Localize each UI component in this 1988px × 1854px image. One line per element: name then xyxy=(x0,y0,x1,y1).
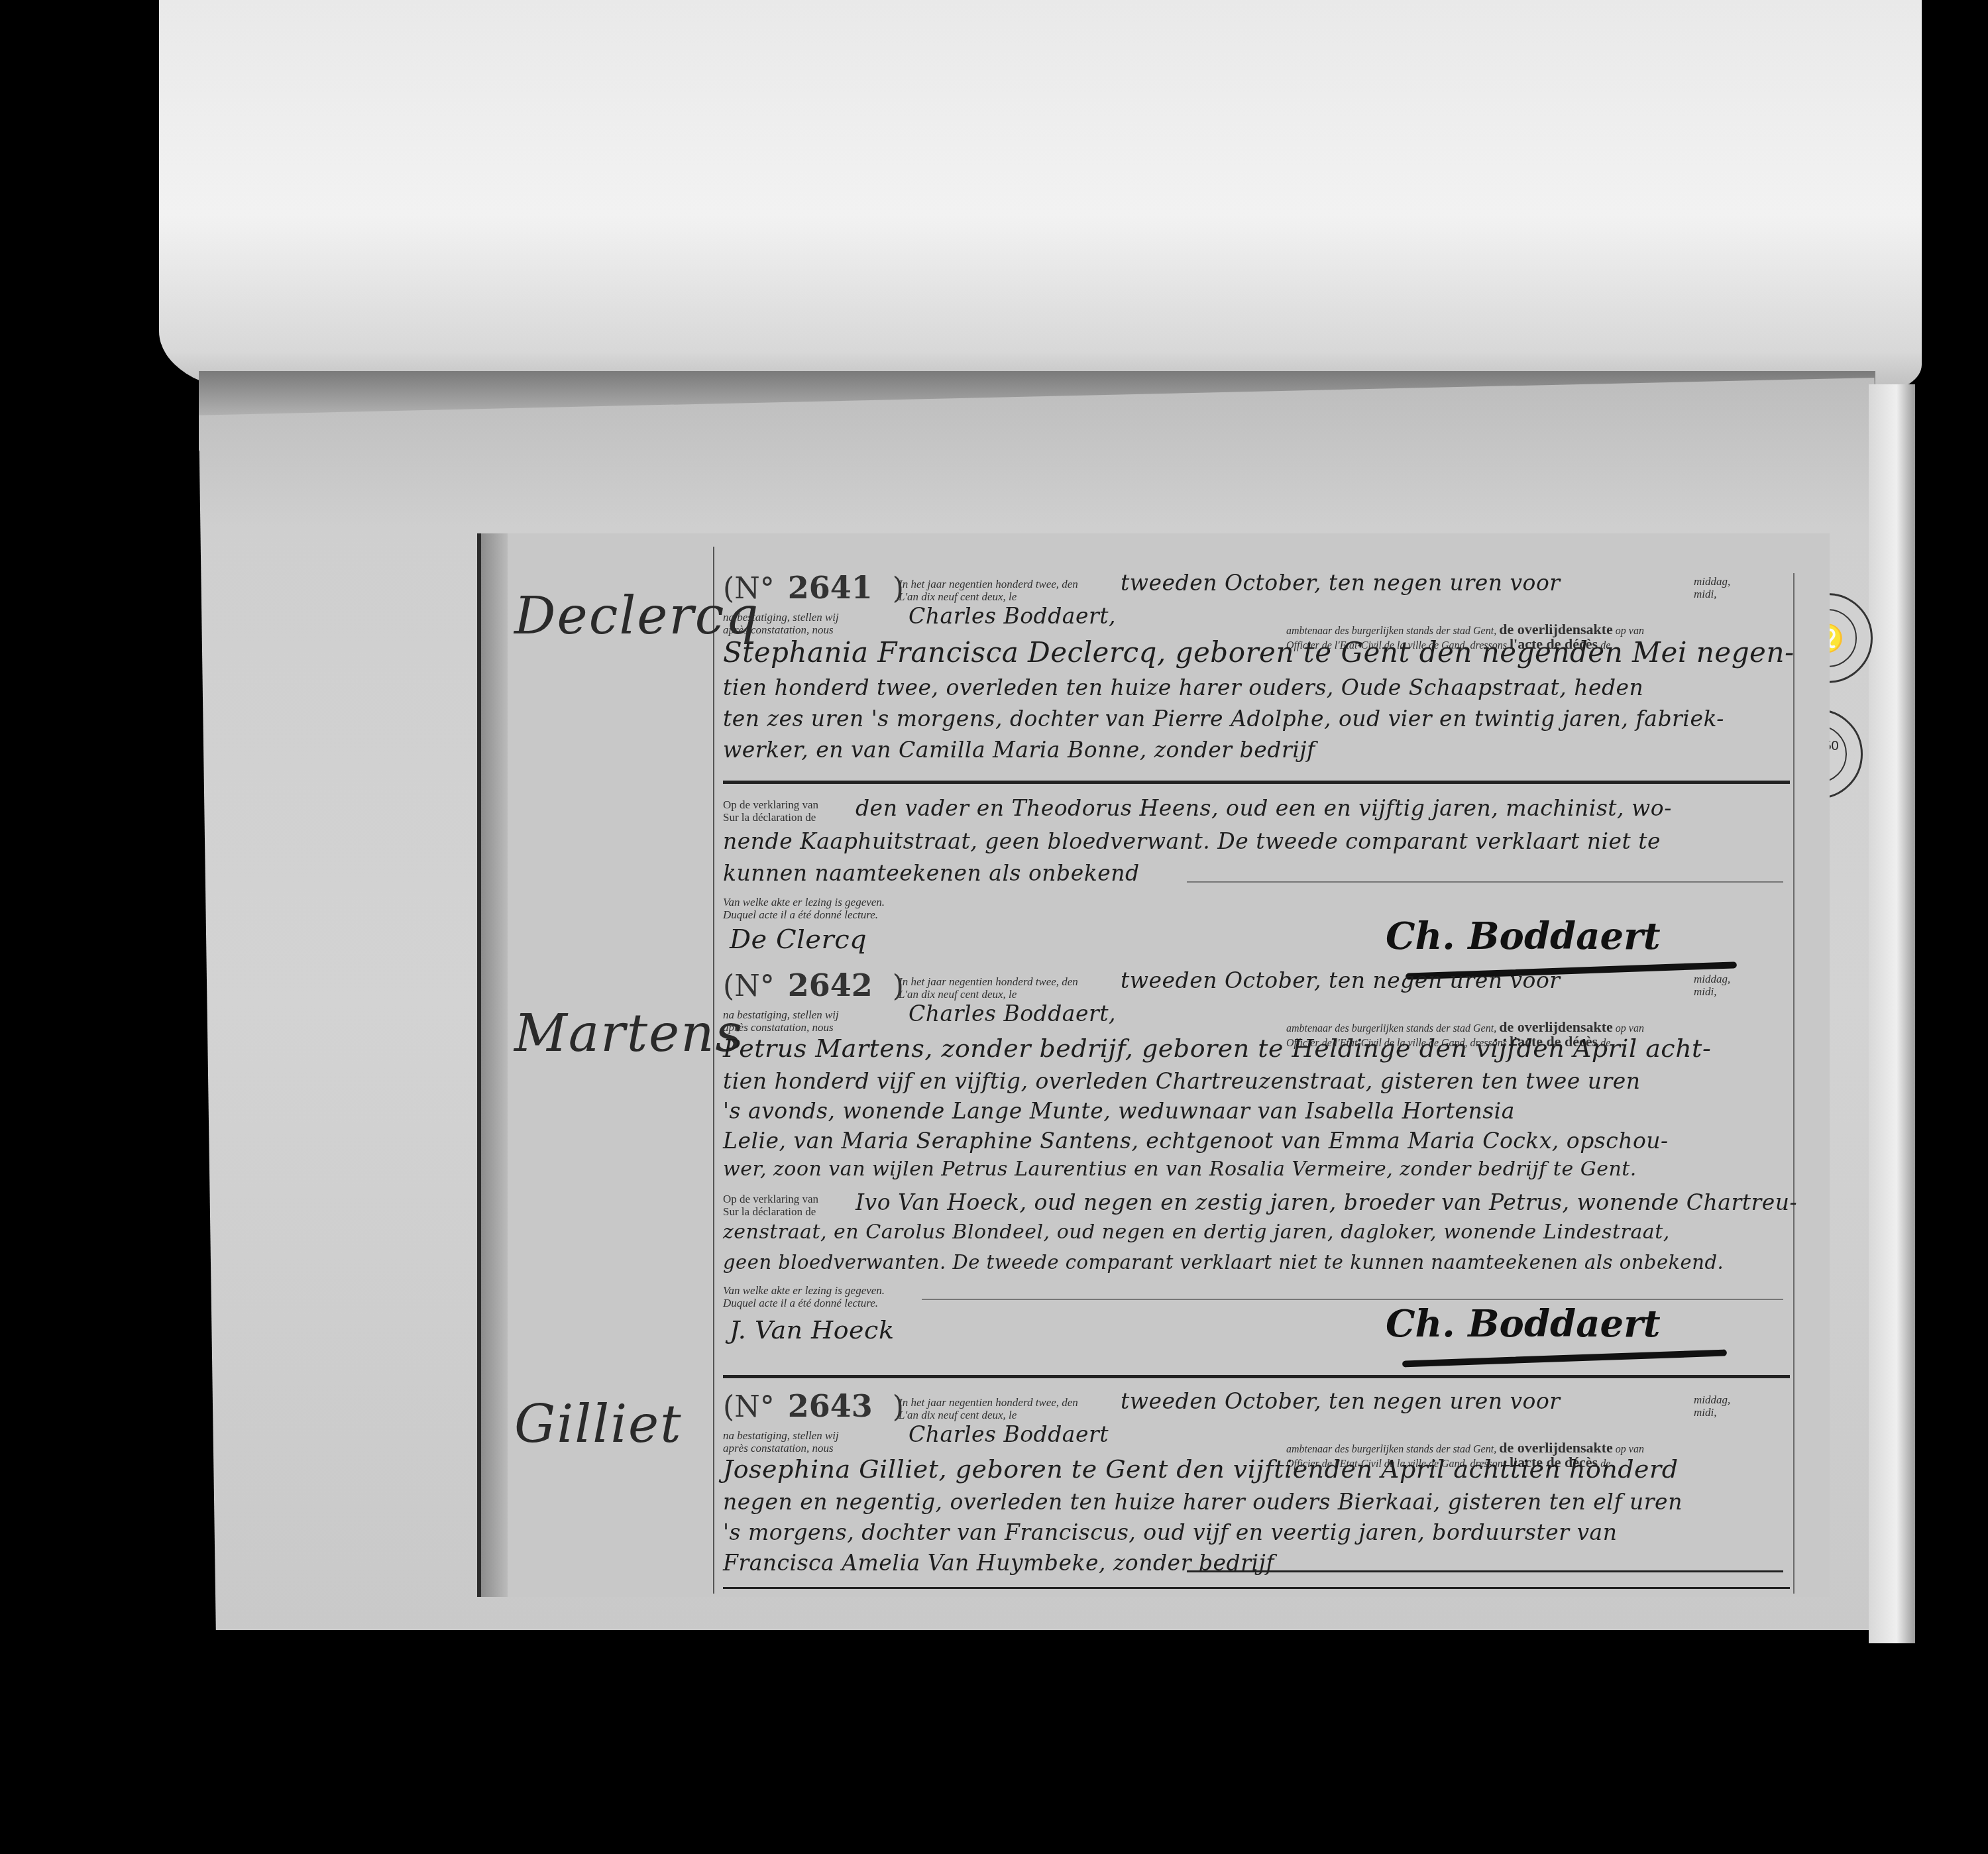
binding-strip xyxy=(481,533,508,1597)
signature-declarant: J. Van Hoeck xyxy=(730,1315,894,1344)
margin-name-gilliet: Gilliet xyxy=(514,1395,683,1454)
year-label: In het jaar negentien honderd twee, denL… xyxy=(899,975,1078,1001)
officer-name: Charles Boddaert, xyxy=(909,603,1116,629)
section-rule xyxy=(723,781,1790,784)
fill-rule xyxy=(922,1299,1783,1300)
declaration-line: kunnen naamteekenen als onbekend xyxy=(723,860,1140,886)
verification-label: na bestatiging, stellen wijaprès constat… xyxy=(723,1429,839,1454)
deceased-line: Petrus Martens, zonder bedrijf, geboren … xyxy=(723,1034,1711,1063)
section-rule xyxy=(723,1587,1790,1589)
margin-column-divider xyxy=(713,547,714,1594)
body-line: tien honderd vijf en vijftig, overleden … xyxy=(723,1068,1641,1094)
body-line: werker, en van Camilla Maria Bonne, zond… xyxy=(723,737,1315,763)
fill-rule xyxy=(1187,1570,1783,1572)
declaration-label: Op de verklaring vanSur la déclaration d… xyxy=(723,1193,818,1218)
signature-flourish xyxy=(1402,1349,1727,1367)
record-2642: (N°2642) In het jaar negentien honderd t… xyxy=(723,967,1790,1378)
record-2643: (N°2643) In het jaar negentien honderd t… xyxy=(723,1388,1790,1594)
signature-declarant: De Clercq xyxy=(730,924,867,955)
reading-label: Van welke akte er lezing is gegeven.Duqu… xyxy=(723,896,885,921)
signature-officer: Ch. Boddaert xyxy=(1386,1302,1661,1346)
page-edge xyxy=(1869,384,1915,1643)
date-text: tweeden October, ten negen uren voor xyxy=(1121,1388,1561,1414)
death-register-form: Declercq Martens Gilliet (N°2641) In het… xyxy=(477,533,1830,1597)
midday-label: middag,midi, xyxy=(1694,1393,1730,1419)
record-number: (N°2642) xyxy=(723,967,904,1003)
declaration-line: zenstraat, en Carolus Blondeel, oud nege… xyxy=(723,1221,1670,1244)
declaration-label: Op de verklaring vanSur la déclaration d… xyxy=(723,798,818,824)
declaration-line: Ivo Van Hoeck, oud negen en zestig jaren… xyxy=(856,1189,1797,1215)
record-number: (N°2641) xyxy=(723,570,904,606)
officer-name: Charles Boddaert xyxy=(909,1421,1109,1447)
right-border-line xyxy=(1793,573,1795,1594)
deceased-line: Stephania Francisca Declercq, geboren te… xyxy=(723,636,1795,669)
folded-upper-page xyxy=(159,0,1922,391)
date-text: tweeden October, ten negen uren voor xyxy=(1121,967,1561,993)
body-line: 's avonds, wonende Lange Munte, weduwnaa… xyxy=(723,1098,1515,1124)
body-line: ten zes uren 's morgens, dochter van Pie… xyxy=(723,706,1724,732)
verification-label: na bestatiging, stellen wijaprès constat… xyxy=(723,611,839,636)
year-label: In het jaar negentien honderd twee, denL… xyxy=(899,1396,1078,1421)
body-line: negen en negentig, overleden ten huize h… xyxy=(723,1489,1683,1515)
date-text: tweeden October, ten negen uren voor xyxy=(1121,570,1561,596)
signature-officer: Ch. Boddaert xyxy=(1386,914,1661,958)
verification-label: na bestatiging, stellen wijaprès constat… xyxy=(723,1009,839,1034)
deceased-line: Josephina Gilliet, geboren te Gent den v… xyxy=(723,1454,1679,1484)
midday-label: middag,midi, xyxy=(1694,575,1730,600)
fill-rule xyxy=(1187,881,1783,883)
section-rule xyxy=(723,1375,1790,1378)
declaration-line: geen bloedverwanten. De tweede comparant… xyxy=(723,1251,1724,1274)
officer-name: Charles Boddaert, xyxy=(909,1001,1116,1026)
declaration-line: den vader en Theodorus Heens, oud een en… xyxy=(856,795,1672,821)
body-line: wer, zoon van wijlen Petrus Laurentius e… xyxy=(723,1158,1637,1181)
body-line: 's morgens, dochter van Franciscus, oud … xyxy=(723,1519,1618,1545)
declaration-line: nende Kaaphuitstraat, geen bloedverwant.… xyxy=(723,828,1661,854)
reading-label: Van welke akte er lezing is gegeven.Duqu… xyxy=(723,1284,885,1309)
body-line: tien honderd twee, overleden ten huize h… xyxy=(723,675,1643,700)
margin-name-martens: Martens xyxy=(514,1004,743,1063)
midday-label: middag,midi, xyxy=(1694,973,1730,998)
record-number: (N°2643) xyxy=(723,1388,904,1424)
body-line: Lelie, van Maria Seraphine Santens, echt… xyxy=(723,1128,1669,1154)
year-label: In het jaar negentien honderd twee, denL… xyxy=(899,578,1078,603)
record-2641: (N°2641) In het jaar negentien honderd t… xyxy=(723,570,1790,967)
